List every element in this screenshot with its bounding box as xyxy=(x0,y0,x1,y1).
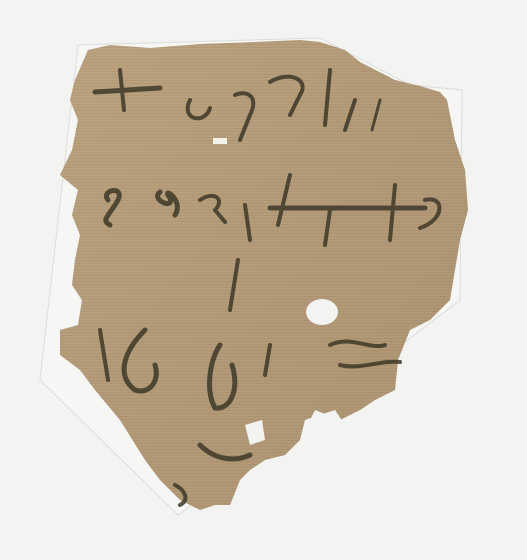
hole xyxy=(306,299,338,325)
papyrus-photograph xyxy=(0,0,527,560)
